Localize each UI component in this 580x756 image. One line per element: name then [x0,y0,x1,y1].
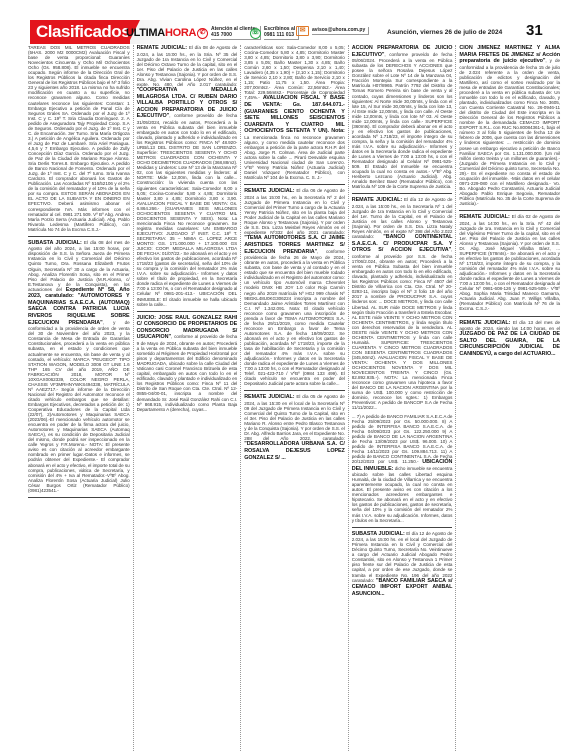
contact-whatsapp: ☏ Escríbinos al0981 111 013 [250,26,299,40]
logo-part-1: ULTIMA [126,27,165,39]
phone-icon: ✆ [197,28,208,39]
notice-heading: SUBASTA JUDICIAL: [352,531,405,537]
whatsapp-icon: ☏ [250,28,261,39]
notice: SUBASTA JUDICIAL: El día 08 del mes de A… [28,240,130,498]
notice: ACCIÓN PREPARATORIA DE JUICIO EJECUTIVO"… [352,45,453,194]
notice-heading: REMATE JUDICIAL: [459,320,510,326]
column-4: ACCIÓN PREPARATORIA DE JUICIO EJECUTIVO"… [348,45,456,751]
notice: REMATE JUDICIAL: El día 02 de Agosto de … [459,214,560,316]
notice-end-rule [244,181,345,185]
notice: ... 7) A pedido de BANCO FAMILIAR S.A.E.… [352,414,453,528]
notice-end-rule [459,313,560,317]
notice-end-rule [352,190,453,194]
section-title: Clasificados [30,20,130,44]
notice-end-rule [28,233,130,237]
newspaper-logo: ULTIMAHORA [126,27,196,39]
column-1: TAREAS DOS MIL METROS CUADRADOS (5HAS. 2… [25,45,133,751]
notice-end-rule [459,207,560,211]
notice: CION JIMENEZ MARTINEZ Y ALMA MARIA FRETE… [459,45,560,211]
notice: REMATE JUDICIAL: El día 08 de Agosto de … [137,45,238,312]
page-header: Clasificados ULTIMAHORA ✆ Atención al cl… [0,0,580,40]
notice: REMATE JUDICIAL: El día 12 de Agosto de … [352,197,453,410]
column-5: CION JIMENEZ MARTINEZ Y ALMA MARIA FRETE… [455,45,563,751]
notice-heading: REMATE JUDICIAL: [137,45,187,51]
contact-email: ✉ avisos@uhora.com.py [296,26,369,36]
notice: REMATE JUDICIAL: El día 06 de Agosto de … [244,188,345,391]
column-2: REMATE JUDICIAL: El día 08 de Agosto de … [133,45,241,751]
notice-heading: REMATE JUDICIAL: [352,197,402,203]
notice: REMATE JUDICIAL: El día 05 de Agosto de … [244,394,345,461]
notice-heading: REMATE JUDICIAL: [244,188,294,194]
notice: SUBASTA JUDICIAL: El día 12 de Agosto de… [352,531,453,598]
notice: REMATE JUDICIAL: El día 13 del mes de ag… [459,320,560,358]
notice: JUICIO: JOSE RAUL GONZALEZ RAHI C/ CONSO… [137,315,238,412]
notice: características son: Sala-Comedor 8,00 x… [244,45,345,185]
notice-end-rule [137,308,238,312]
mail-icon: ✉ [296,26,309,36]
notice-heading: SUBASTA JUDICIAL: [28,240,82,246]
classifieds-columns: TAREAS DOS MIL METROS CUADRADOS (5HAS. 2… [25,45,563,751]
logo-part-2: HORA [165,27,196,39]
notice-heading: REMATE JUDICIAL: [244,394,294,400]
column-3: características son: Sala-Comedor 8,00 x… [240,45,348,751]
notice-end-rule [352,524,453,528]
page-number: 31 [526,22,543,39]
notice-heading: REMATE JUDICIAL: [459,214,509,220]
notice-end-rule [28,494,130,498]
notice-end-rule [244,387,345,391]
dateline: Asunción, viernes 26 de julio de 2024 [387,29,502,36]
notice: TAREAS DOS MIL METROS CUADRADOS (5HAS. 2… [28,45,130,237]
